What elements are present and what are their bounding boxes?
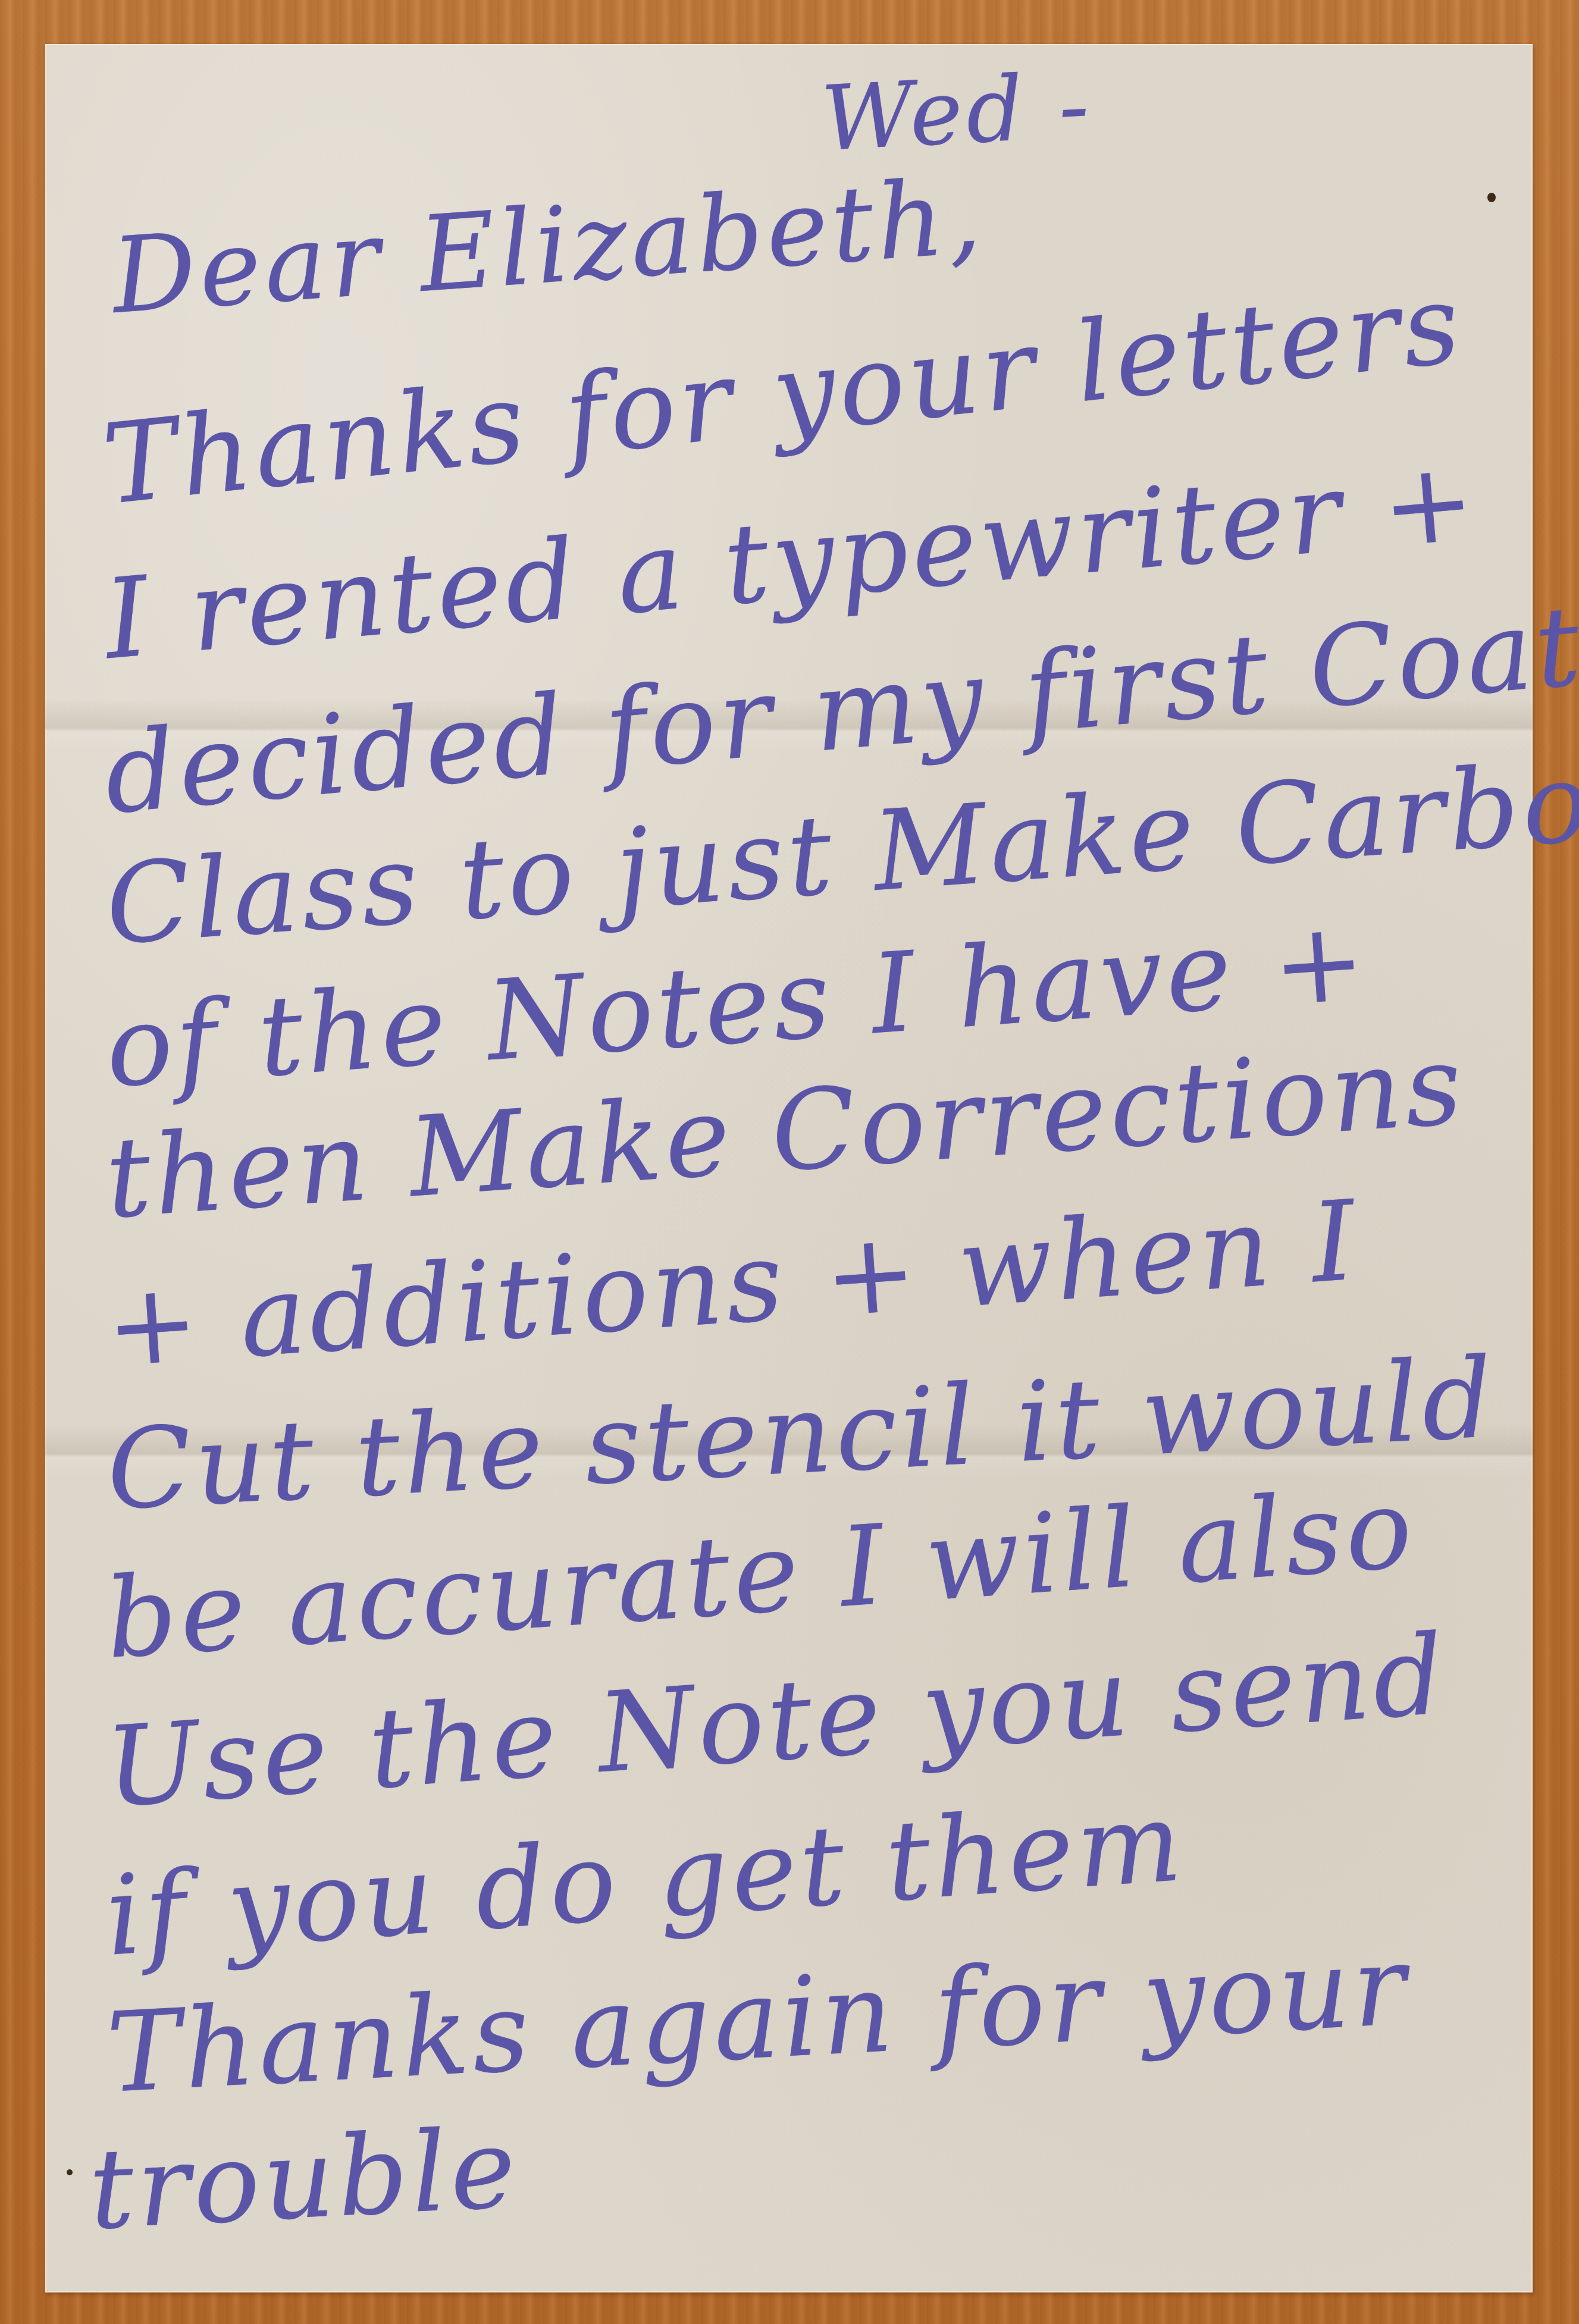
letter-line-13: trouble — [86, 2103, 522, 2254]
paper-speck — [67, 2169, 73, 2175]
letter-salutation: Dear Elizabeth, — [108, 156, 988, 337]
letter-dateline: Wed - — [819, 54, 1095, 171]
letter-paper: Wed - Dear Elizabeth, Thanks for your le… — [45, 44, 1533, 2292]
paper-speck — [1487, 193, 1496, 202]
